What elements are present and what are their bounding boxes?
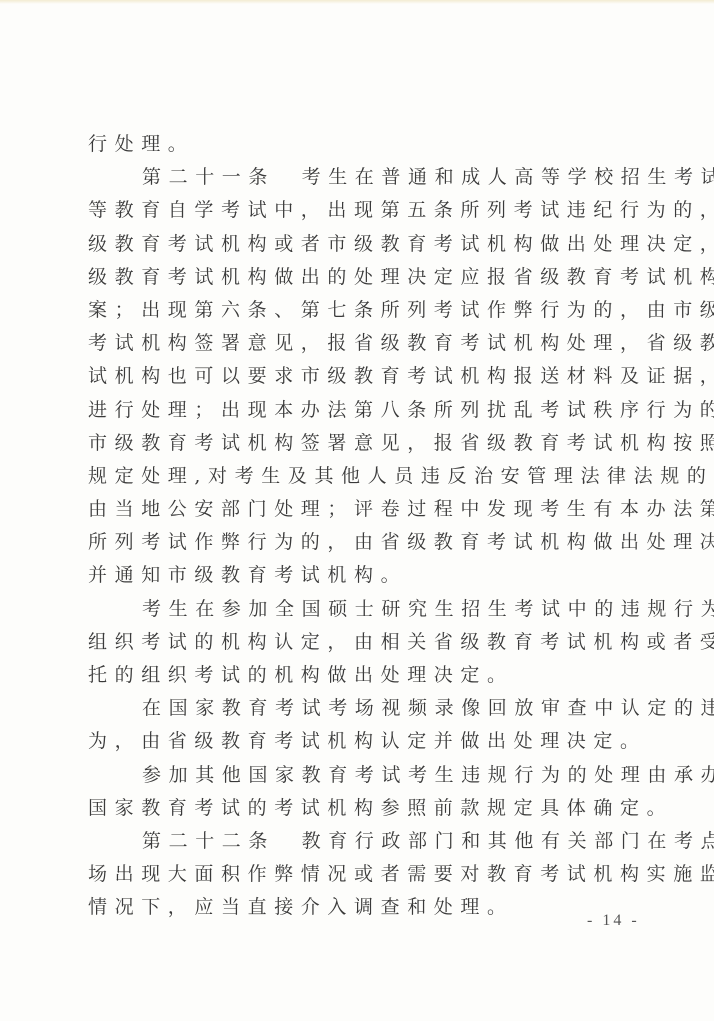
text-line: 组织考试的机构认定，由相关省级教育考试机构或者受其委 [88, 626, 633, 659]
text-line: 规定处理,对考生及其他人员违反治安管理法律法规的行为, [88, 460, 633, 493]
text-line: 情况下，应当直接介入调查和处理。 [88, 891, 633, 924]
text-line: 国家教育考试的考试机构参照前款规定具体确定。 [88, 792, 633, 825]
document-body: 行处理。 第二十一条 考生在普通和成人高等学校招生考试、高 等教育自学考试中，出… [88, 128, 633, 925]
text-line: 考试机构签署意见，报省级教育考试机构处理，省级教育考 [88, 327, 633, 360]
text-line: 并通知市级教育考试机构。 [88, 559, 633, 592]
text-line: 由当地公安部门处理；评卷过程中发现考生有本办法第七条 [88, 493, 633, 526]
paragraph-start-line: 考生在参加全国硕士研究生招生考试中的违规行为，由 [88, 593, 633, 626]
text-line: 等教育自学考试中，出现第五条所列考试违纪行为的，由省 [88, 194, 633, 227]
article-21-heading-line: 第二十一条 考生在普通和成人高等学校招生考试、高 [88, 161, 633, 194]
text-line: 案；出现第六条、第七条所列考试作弊行为的，由市级教育 [88, 294, 633, 327]
paragraph-start-line: 在国家教育考试考场视频录像回放审查中认定的违规行 [88, 692, 633, 725]
text-line: 试机构也可以要求市级教育考试机构报送材料及证据，直接 [88, 360, 633, 393]
article-22-heading-line: 第二十二条 教育行政部门和其他有关部门在考点、考 [88, 825, 633, 858]
page-number: - 14 - [587, 912, 640, 930]
text-line: 市级教育考试机构签署意见，报省级教育考试机构按照前款 [88, 427, 633, 460]
text-line: 行处理。 [88, 128, 633, 161]
text-line: 为，由省级教育考试机构认定并做出处理决定。 [88, 725, 633, 758]
page-top-edge [0, 0, 714, 4]
text-line: 级教育考试机构或者市级教育考试机构做出处理决定，由市 [88, 228, 633, 261]
text-line: 级教育考试机构做出的处理决定应报省级教育考试机构备 [88, 261, 633, 294]
text-line: 进行处理；出现本办法第八条所列扰乱考试秩序行为的，由 [88, 394, 633, 427]
text-line: 托的组织考试的机构做出处理决定。 [88, 659, 633, 692]
paragraph-start-line: 参加其他国家教育考试考生违规行为的处理由承办有关 [88, 759, 633, 792]
text-line: 场出现大面积作弊情况或者需要对教育考试机构实施监督的 [88, 858, 633, 891]
text-line: 所列考试作弊行为的，由省级教育考试机构做出处理决定， [88, 526, 633, 559]
